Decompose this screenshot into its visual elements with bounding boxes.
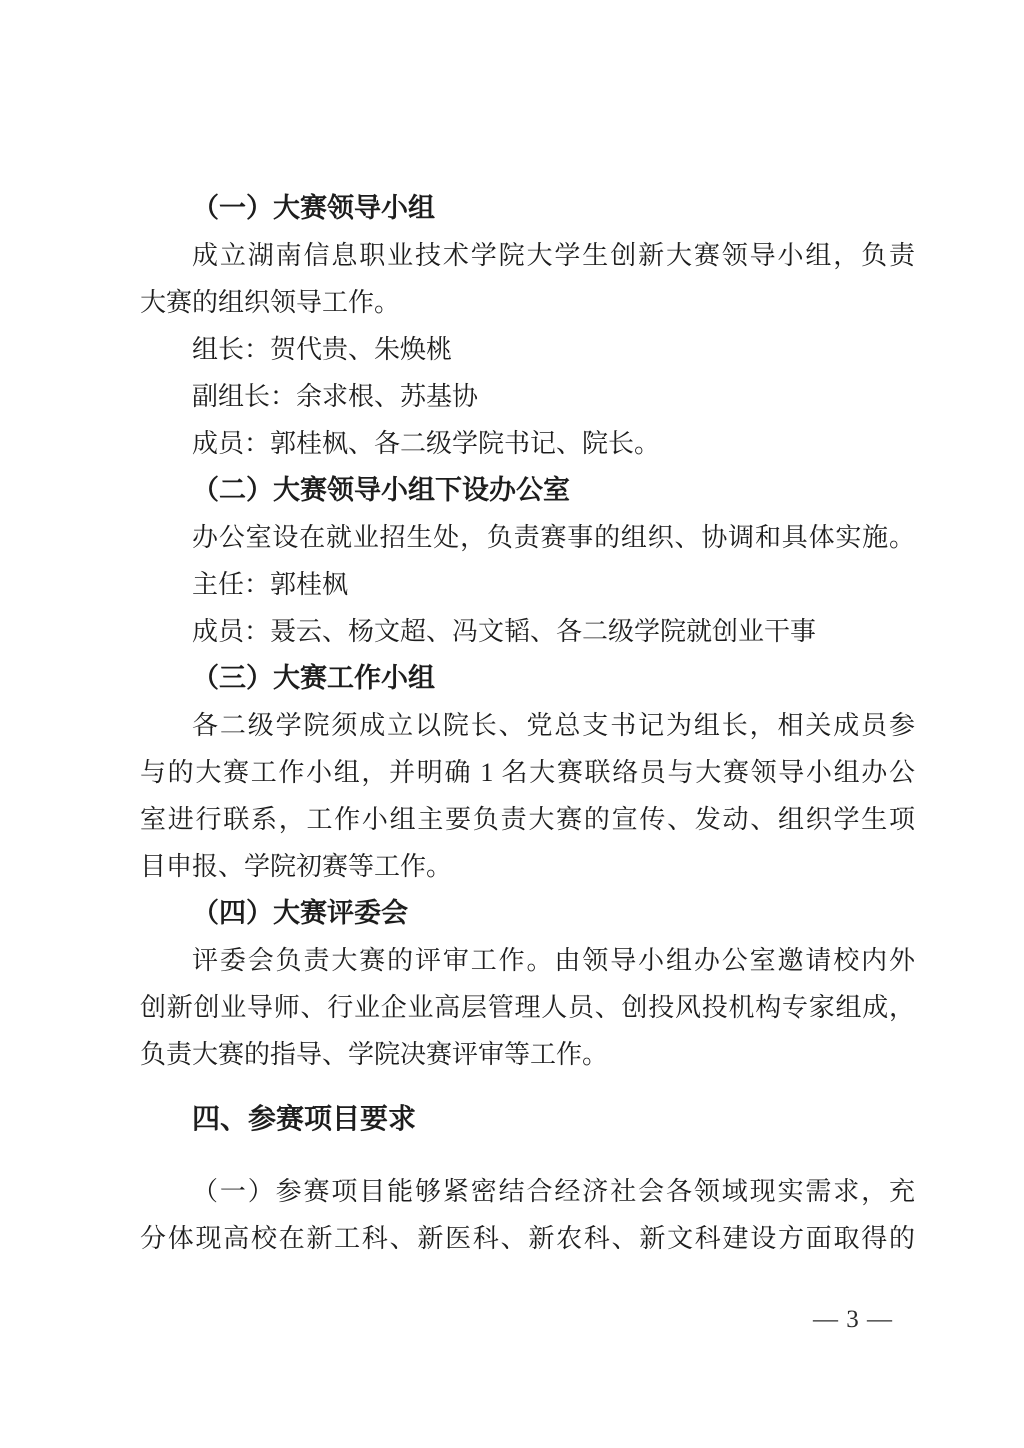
subsection-heading-2: （二）大赛领导小组下设办公室 <box>140 467 915 514</box>
paragraph-office-director: 主任：郭桂枫 <box>140 561 915 608</box>
text-line: 负责大赛的指导、学院决赛评审等工作。 <box>140 1031 915 1078</box>
text-line: （一）参赛项目能够紧密结合经济社会各领域现实需求，充 <box>140 1168 915 1215</box>
text-line: （三）大赛工作小组 <box>140 655 915 702</box>
subsection-heading-3: （三）大赛工作小组 <box>140 655 915 702</box>
text-line: 成立湖南信息职业技术学院大学生创新大赛领导小组，负责 <box>140 232 915 279</box>
text-line: 评委会负责大赛的评审工作。由领导小组办公室邀请校内外 <box>140 937 915 984</box>
paragraph-leading-group-intro: 成立湖南信息职业技术学院大学生创新大赛领导小组，负责 大赛的组织领导工作。 <box>140 232 915 326</box>
paragraph-judging-panel: 评委会负责大赛的评审工作。由领导小组办公室邀请校内外 创新创业导师、行业企业高层… <box>140 937 915 1078</box>
text-line: 与的大赛工作小组，并明确 1 名大赛联络员与大赛领导小组办公 <box>140 749 915 796</box>
text-line: （二）大赛领导小组下设办公室 <box>140 467 915 514</box>
text-line: 办公室设在就业招生处，负责赛事的组织、协调和具体实施。 <box>140 514 915 561</box>
text-line: 主任：郭桂枫 <box>140 561 915 608</box>
text-line: 四、参赛项目要求 <box>140 1095 915 1142</box>
page-number: — 3 — <box>813 1305 893 1335</box>
document-body: （一）大赛领导小组 成立湖南信息职业技术学院大学生创新大赛领导小组，负责 大赛的… <box>140 185 915 1262</box>
paragraph-members-1: 成员：郭桂枫、各二级学院书记、院长。 <box>140 420 915 467</box>
text-line: 分体现高校在新工科、新医科、新农科、新文科建设方面取得的 <box>140 1215 915 1262</box>
paragraph-working-group: 各二级学院须成立以院长、党总支书记为组长，相关成员参 与的大赛工作小组，并明确 … <box>140 702 915 890</box>
text-line: 成员：郭桂枫、各二级学院书记、院长。 <box>140 420 915 467</box>
document-page: （一）大赛领导小组 成立湖南信息职业技术学院大学生创新大赛领导小组，负责 大赛的… <box>0 0 1024 1448</box>
text-line: 副组长：余求根、苏基协 <box>140 373 915 420</box>
text-line: 目申报、学院初赛等工作。 <box>140 843 915 890</box>
text-line: （一）大赛领导小组 <box>140 185 915 232</box>
text-line: 室进行联系，工作小组主要负责大赛的宣传、发动、组织学生项 <box>140 796 915 843</box>
text-line: （四）大赛评委会 <box>140 890 915 937</box>
text-line: 创新创业导师、行业企业高层管理人员、创投风投机构专家组成， <box>140 984 915 1031</box>
text-line: 各二级学院须成立以院长、党总支书记为组长，相关成员参 <box>140 702 915 749</box>
paragraph-members-2: 成员：聂云、杨文超、冯文韬、各二级学院就创业干事 <box>140 608 915 655</box>
paragraph-office-intro: 办公室设在就业招生处，负责赛事的组织、协调和具体实施。 <box>140 514 915 561</box>
text-line: 大赛的组织领导工作。 <box>140 279 915 326</box>
text-line: 组长：贺代贵、朱焕桃 <box>140 326 915 373</box>
text-line: 成员：聂云、杨文超、冯文韬、各二级学院就创业干事 <box>140 608 915 655</box>
subsection-heading-4: （四）大赛评委会 <box>140 890 915 937</box>
subsection-heading-1: （一）大赛领导小组 <box>140 185 915 232</box>
section-heading-4: 四、参赛项目要求 <box>140 1095 915 1142</box>
paragraph-deputy-leader: 副组长：余求根、苏基协 <box>140 373 915 420</box>
paragraph-entry-requirements: （一）参赛项目能够紧密结合经济社会各领域现实需求，充 分体现高校在新工科、新医科… <box>140 1168 915 1262</box>
paragraph-group-leader: 组长：贺代贵、朱焕桃 <box>140 326 915 373</box>
